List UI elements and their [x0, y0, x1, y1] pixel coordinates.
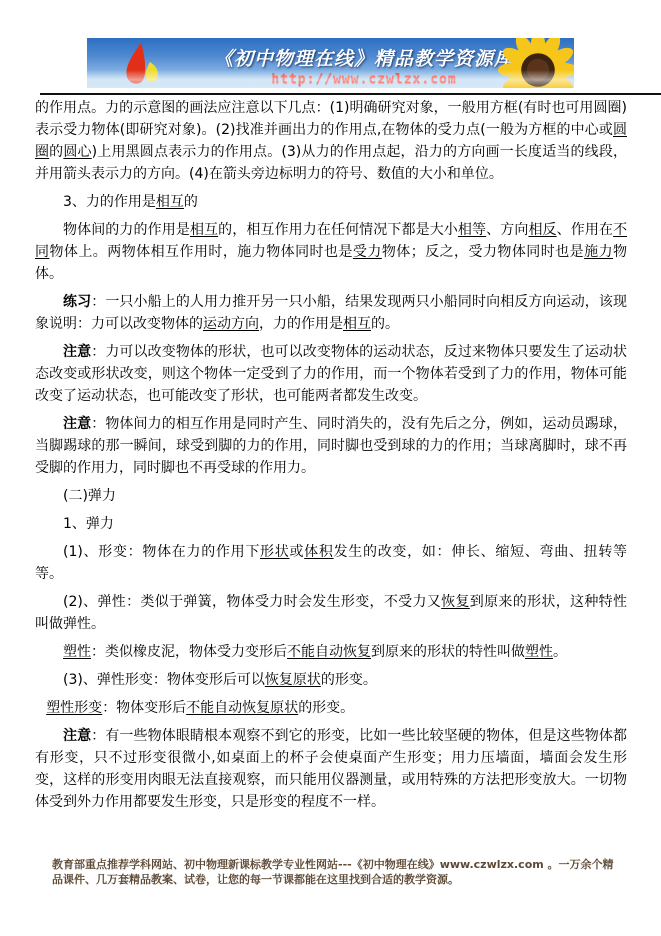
text-run: ：类似橡皮泥，物体受力变形后 — [91, 644, 287, 660]
text-run: 物体间的力的作用是 — [63, 222, 190, 238]
paragraph-11: 塑性：类似橡皮泥，物体受力变形后不能自动恢复到原来的形状的特性叫做塑性。 — [35, 641, 627, 663]
text-run: 的形变。 — [321, 672, 377, 688]
text-run: 运动方向 — [203, 316, 259, 332]
text-run: (1)、形变：物体在力的作用下 — [63, 544, 260, 560]
text-run: 的 — [49, 144, 63, 160]
text-run: 3、力的作用是 — [63, 194, 156, 210]
paragraph-2: 3、力的作用是相互的 — [35, 191, 627, 213]
site-banner: 《初中物理在线》精品教学资源库 http://www.czwlzx.com — [87, 38, 574, 88]
text-run: 相互 — [190, 222, 218, 238]
text-run: ，力的作用是 — [259, 316, 343, 332]
text-run: 塑性 — [525, 644, 553, 660]
text-run: ：力可以改变物体的形状，也可以改变物体的运动状态，反过来物体只要发生了运动状态改… — [35, 344, 627, 404]
text-run: 的。 — [371, 316, 399, 332]
text-run: 形状 — [260, 544, 289, 560]
paragraph-12: (3)、弹性形变：物体变形后可以恢复原状的形变。 — [35, 669, 627, 691]
text-run: )上用黑圆点表示力的作用点。(3)从力的作用点起，沿力的方向画一长度适当的线段，… — [35, 144, 627, 182]
text-run: 的，相互作用力在任何情况下都是大小 — [218, 222, 458, 238]
paragraph-7: (二)弹力 — [35, 485, 627, 507]
footer-note: 教育部重点推荐学科网站、初中物理新课标教学专业性网站---《初中物理在线》www… — [52, 857, 620, 887]
text-run: ：物体间力的相互作用是同时产生、同时消失的，没有先后之分，例如，运动员踢球，当脚… — [35, 416, 627, 476]
text-run: 恢复 — [441, 594, 470, 610]
text-run: 恢复原状 — [265, 672, 321, 688]
text-run: 相反 — [528, 222, 556, 238]
text-run: 的形变。 — [298, 700, 354, 716]
text-run: 的作用点。力的示意图的画法应注意以下几点：(1)明确研究对象，一般用方框(有时也… — [35, 100, 627, 138]
text-run: 或 — [289, 544, 304, 560]
paragraph-4: 练习：一只小船上的人用力推开另一只小船，结果发现两只小船同时向相反方向运动，该现… — [35, 291, 627, 335]
text-run: (二)弹力 — [63, 488, 116, 504]
text-run: 、方向 — [486, 222, 528, 238]
text-run: 相互 — [156, 194, 184, 210]
text-run: 物体上。两物体相互作用时，施力物体同时也是 — [49, 244, 352, 260]
banner-title: 《初中物理在线》精品教学资源库 — [199, 44, 529, 71]
text-run: 1、弹力 — [63, 516, 114, 532]
text-run: 。 — [553, 644, 567, 660]
cloud-decoration — [87, 70, 574, 88]
paragraph-10: (2)、弹性：类似于弹簧，物体受力时会发生形变，不受力又恢复到原来的形状，这种特… — [35, 591, 627, 635]
text-run: 注意 — [63, 728, 91, 744]
text-run: 施力 — [584, 244, 613, 260]
text-run: 不能自动恢复原状 — [186, 700, 298, 716]
text-run: 、作用在 — [557, 222, 613, 238]
text-run: 体积 — [304, 544, 333, 560]
text-run: 的 — [184, 194, 198, 210]
text-run: ：物体变形后 — [102, 700, 186, 716]
text-run: 注意 — [63, 344, 91, 360]
paragraph-13: 塑性形变：物体变形后不能自动恢复原状的形变。 — [35, 697, 627, 719]
paragraph-9: (1)、形变：物体在力的作用下形状或体积发生的改变，如：伸长、缩短、弯曲、扭转等… — [35, 541, 627, 585]
text-run: 不能自动恢复 — [287, 644, 371, 660]
text-run: 物体；反之，受力物体同时也是 — [382, 244, 584, 260]
paragraph-1: 的作用点。力的示意图的画法应注意以下几点：(1)明确研究对象，一般用方框(有时也… — [35, 97, 627, 185]
paragraph-3: 物体间的力的作用是相互的，相互作用力在任何情况下都是大小相等、方向相反、作用在不… — [35, 219, 627, 285]
paragraph-5: 注意：力可以改变物体的形状，也可以改变物体的运动状态，反过来物体只要发生了运动状… — [35, 341, 627, 407]
text-run: 相等 — [458, 222, 486, 238]
text-run: 塑性形变 — [46, 700, 102, 716]
text-run: 相互 — [343, 316, 371, 332]
text-run: (3)、弹性形变：物体变形后可以 — [63, 672, 265, 688]
text-run: 到原来的形状的特性叫做 — [371, 644, 525, 660]
paragraph-14: 注意：有一些物体眼睛根本观察不到它的形变，比如一些比较坚硬的物体，但是这些物体都… — [35, 725, 627, 813]
text-run: (2)、弹性：类似于弹簧，物体受力时会发生形变，不受力又 — [63, 594, 441, 610]
paragraph-8: 1、弹力 — [35, 513, 627, 535]
text-run: 圆心 — [63, 144, 91, 160]
text-run: 塑性 — [63, 644, 91, 660]
text-run: ：有一些物体眼睛根本观察不到它的形变，比如一些比较坚硬的物体，但是这些物体都有形… — [35, 728, 627, 810]
document-body: 的作用点。力的示意图的画法应注意以下几点：(1)明确研究对象，一般用方框(有时也… — [35, 97, 627, 819]
text-run: 注意 — [63, 416, 91, 432]
text-run: 练习 — [63, 294, 91, 310]
paragraph-6: 注意：物体间力的相互作用是同时产生、同时消失的，没有先后之分，例如，运动员踢球，… — [35, 413, 627, 479]
text-run: 受力 — [353, 244, 382, 260]
header-divider-line — [40, 93, 661, 95]
